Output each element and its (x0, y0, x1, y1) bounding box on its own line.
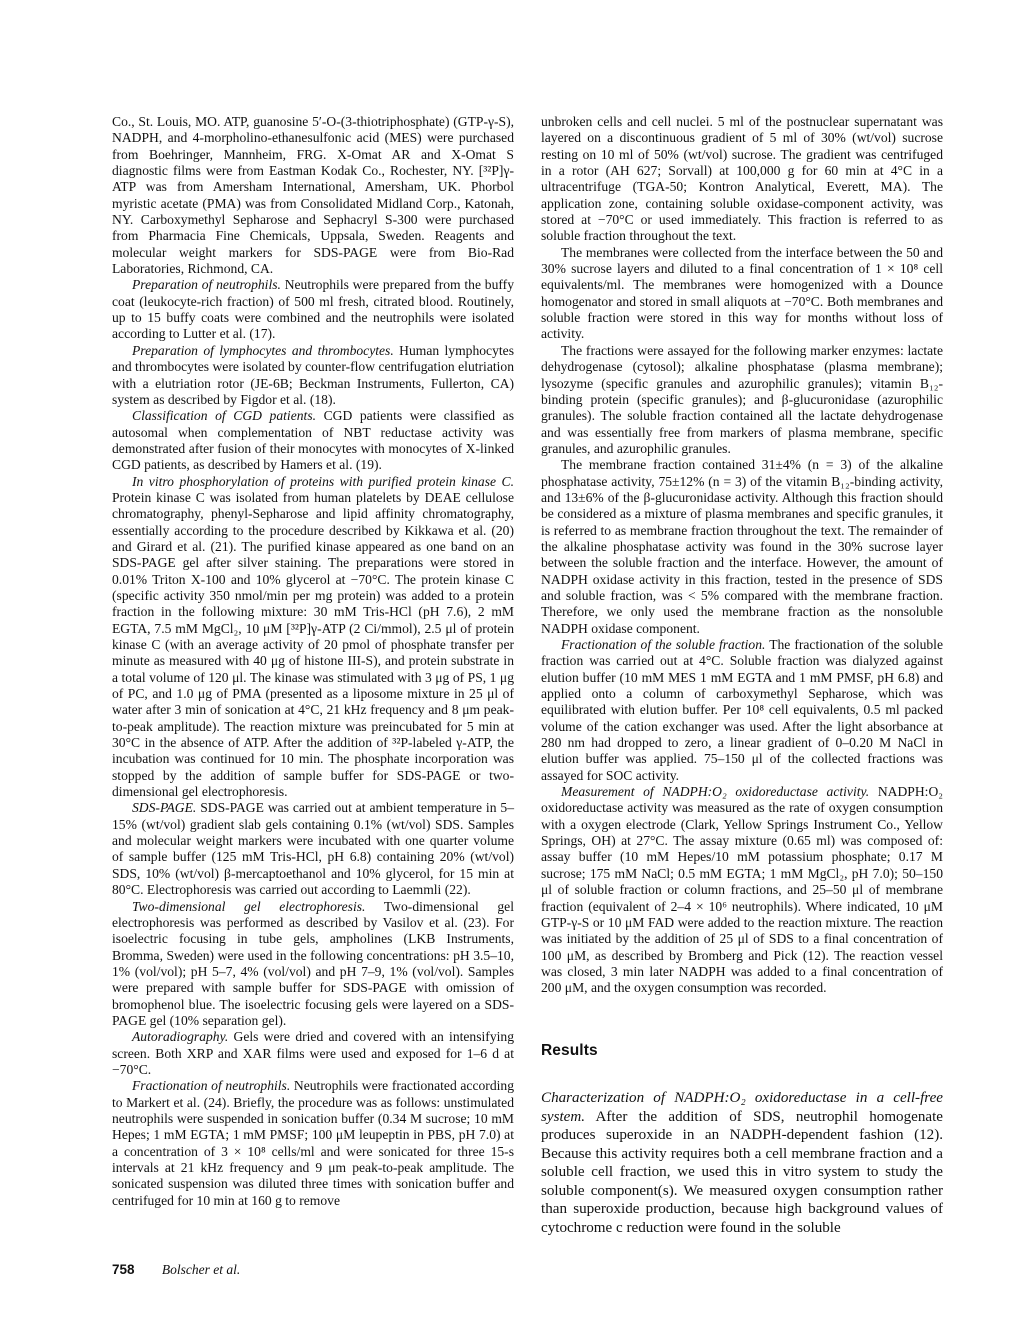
paragraph-text: Protein kinase C was isolated from human… (112, 490, 514, 799)
paragraph-heading: Measurement of NADPH:O₂ oxidoreductase a… (561, 784, 869, 799)
paragraph-fractionation-neutrophils: Fractionation of neutrophils. Neutrophil… (112, 1078, 514, 1209)
paragraph-text: The fractionation of the soluble fractio… (541, 637, 943, 783)
paragraph-text: After the addition of SDS, neutrophil ho… (541, 1109, 943, 1237)
paragraph-heading: Preparation of neutrophils. (132, 277, 281, 292)
paragraph-reagents-continued: Co., St. Louis, MO. ATP, guanosine 5′-O-… (112, 114, 514, 277)
paragraph-heading: Fractionation of the soluble fraction. (561, 637, 765, 652)
paragraph-text: The membrane fraction contained 31±4% (n… (541, 457, 943, 635)
paragraph-sds-page: SDS-PAGE. SDS-PAGE was carried out at am… (112, 800, 514, 898)
paragraph-classification-cgd: Classification of CGD patients. CGD pati… (112, 408, 514, 473)
paragraph-autoradiography: Autoradiography. Gels were dried and cov… (112, 1029, 514, 1078)
paragraph-preparation-lymphocytes: Preparation of lymphocytes and thrombocy… (112, 343, 514, 408)
paragraph-two-dimensional-gel: Two-dimensional gel electrophoresis. Two… (112, 899, 514, 1030)
paragraph-heading: In vitro phosphorylation of proteins wit… (132, 474, 514, 489)
paragraph-text: NADPH:O₂ oxidoreductase activity was mea… (541, 784, 943, 995)
paragraph-heading: Autoradiography. (132, 1029, 228, 1044)
page-footer: 758 Bolscher et al. (112, 1262, 240, 1278)
paragraph-membranes: The membranes were collected from the in… (541, 245, 943, 343)
paragraph-fractionation-soluble: Fractionation of the soluble fraction. T… (541, 637, 943, 784)
paragraph-text: The membranes were collected from the in… (541, 245, 943, 342)
paragraph-heading: Classification of CGD patients. (132, 408, 316, 423)
paragraph-text: The fractions were assayed for the follo… (541, 343, 943, 456)
paragraph-in-vitro-phosphorylation: In vitro phosphorylation of proteins wit… (112, 474, 514, 801)
paragraph-measurement-oxidoreductase: Measurement of NADPH:O₂ oxidoreductase a… (541, 784, 943, 996)
paragraph-marker-enzymes: The fractions were assayed for the follo… (541, 343, 943, 457)
paragraph-preparation-neutrophils: Preparation of neutrophils. Neutrophils … (112, 277, 514, 342)
paragraph-heading: Two-dimensional gel electrophoresis. (132, 899, 365, 914)
running-head: Bolscher et al. (162, 1262, 240, 1277)
page-number: 758 (112, 1262, 135, 1277)
paragraph-characterization: Characterization of NADPH:O₂ oxidoreduct… (541, 1089, 943, 1238)
right-column: unbroken cells and cell nuclei. 5 ml of … (541, 114, 943, 1238)
paragraph-text: Neutrophils were fractionated according … (112, 1078, 514, 1207)
paragraph-heading: Fractionation of neutrophils. (132, 1078, 290, 1093)
paragraph-text: Two-dimensional gel electrophoresis was … (112, 899, 514, 1028)
paragraph-fractionation-continued: unbroken cells and cell nuclei. 5 ml of … (541, 114, 943, 245)
paragraph-heading: Preparation of lymphocytes and thrombocy… (132, 343, 394, 358)
paragraph-heading: SDS-PAGE. (132, 800, 196, 815)
left-column: Co., St. Louis, MO. ATP, guanosine 5′-O-… (112, 114, 514, 1209)
paragraph-text: Co., St. Louis, MO. ATP, guanosine 5′-O-… (112, 114, 514, 276)
paragraph-membrane-fraction: The membrane fraction contained 31±4% (n… (541, 457, 943, 637)
paragraph-text: unbroken cells and cell nuclei. 5 ml of … (541, 114, 943, 243)
section-heading-results: Results (541, 1043, 943, 1059)
